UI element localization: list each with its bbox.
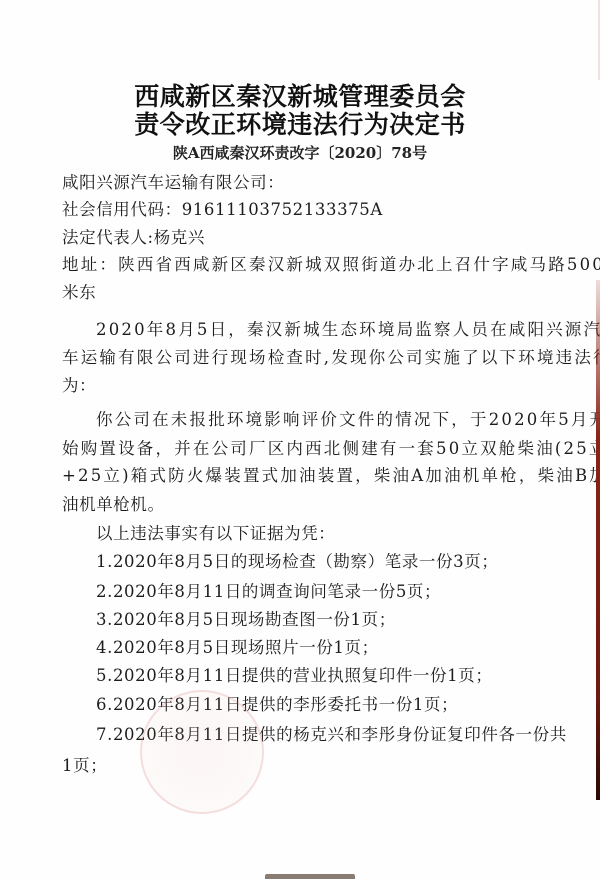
- issuer-title: 西咸新区秦汉新城管理委员会: [0, 83, 600, 111]
- inspection-paragraph-line: 2020年8月5日，秦汉新城生态环境局监察人员在咸阳兴源汽: [96, 316, 576, 344]
- evidence-item: 1.2020年8月5日的现场检查（勘察）笔录一份3页；: [96, 548, 576, 576]
- evidence-item: 5.2020年8月11日提供的营业执照复印件一份1页；: [96, 662, 576, 690]
- inspection-paragraph-line: 为：: [62, 372, 542, 400]
- violation-paragraph-line: 你公司在未报批环境影响评价文件的情况下，于2020年5月开: [96, 406, 576, 434]
- document-number: 陕A西咸秦汉环责改字〔2020〕78号: [0, 142, 600, 164]
- evidence-item: 7.2020年8月11日提供的杨克兴和李彤身份证复印件各一份共: [96, 721, 576, 749]
- evidence-item-continuation: 1页；: [62, 752, 542, 780]
- recipient-name: 咸阳兴源汽车运输有限公司：: [62, 169, 542, 197]
- violation-paragraph-line: 始购置设备，并在公司厂区内西北侧建有一套50立双舱柴油(25立: [62, 435, 542, 463]
- document-page: 西咸新区秦汉新城管理委员会 责令改正环境违法行为决定书 陕A西咸秦汉环责改字〔2…: [0, 0, 600, 879]
- address-line-1: 地址：陕西省西咸新区秦汉新城双照街道办北上召什字咸马路500: [62, 251, 542, 279]
- page-binding-edge: [596, 280, 600, 800]
- inspection-paragraph-line: 车运输有限公司进行现场检查时,发现你公司实施了以下环境违法行: [62, 344, 542, 372]
- evidence-intro: 以上违法事实有以下证据为凭：: [96, 520, 576, 548]
- evidence-item: 6.2020年8月11日提供的李彤委托书一份1页；: [96, 691, 576, 719]
- violation-paragraph-line: +25立)箱式防火爆装置式加油装置，柴油A加油机单枪，柴油B加: [62, 462, 542, 490]
- evidence-item: 2.2020年8月11日的调查询问笔录一份5页；: [96, 578, 576, 606]
- legal-rep-value: 杨克兴: [154, 228, 205, 247]
- violation-paragraph-line: 油机单枪机。: [62, 491, 542, 519]
- address-line-2: 米东: [62, 279, 542, 307]
- legal-rep-label: 法定代表人:: [62, 228, 154, 247]
- credit-code-row: 社会信用代码：91611103752133375A: [62, 196, 542, 224]
- decision-title: 责令改正环境违法行为决定书: [0, 111, 600, 139]
- legal-rep-row: 法定代表人:杨克兴: [62, 224, 542, 252]
- evidence-item: 3.2020年8月5日现场勘查图一份1页；: [96, 606, 576, 634]
- scan-artifact: [265, 874, 355, 879]
- credit-code-value: 91611103752133375A: [182, 200, 383, 219]
- evidence-item: 4.2020年8月5日现场照片一份1页；: [96, 634, 576, 662]
- credit-code-label: 社会信用代码：: [62, 200, 182, 219]
